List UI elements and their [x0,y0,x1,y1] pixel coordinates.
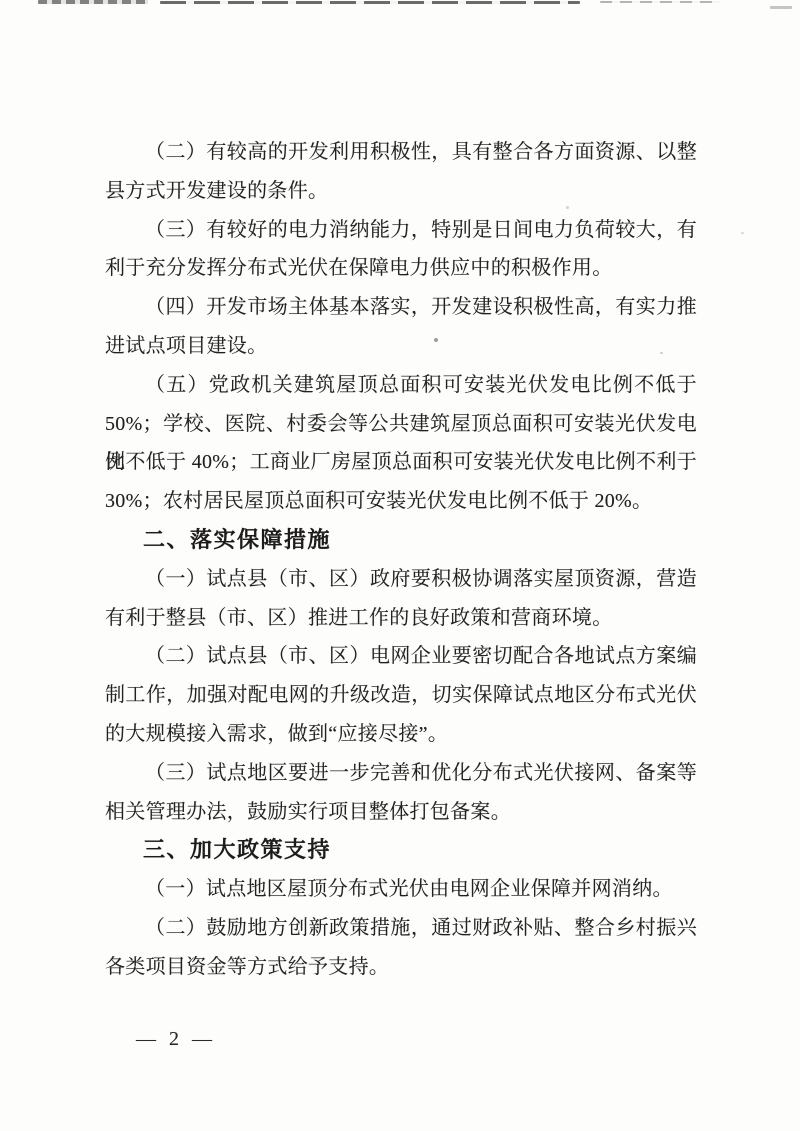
text-line: （二）鼓励地方创新政策措施，通过财政补贴、整合乡村振兴 [105,909,697,948]
text-line: （一）试点县（市、区）政府要积极协调落实屋顶资源，营造 [105,560,697,599]
text-line: （三）试点地区要进一步完善和优化分布式光伏接网、备案等 [105,754,697,793]
scan-artifact-top [38,0,148,4]
text-line: 各类项目资金等方式给予支持。 [105,948,697,987]
text-line: 30%；农村居民屋顶总面积可安装光伏发电比例不低于 20%。 [105,482,697,521]
section-heading: 三、加大政策支持 [105,831,697,870]
text-line: 50%；学校、医院、村委会等公共建筑屋顶总面积可安装光伏发电比 [105,405,697,444]
text-line: （二）有较高的开发利用积极性，具有整合各方面资源、以整 [105,133,697,172]
text-line: 制工作，加强对配电网的升级改造，切实保障试点地区分布式光伏 [105,676,697,715]
text-line: 利于充分发挥分布式光伏在保障电力供应中的积极作用。 [105,249,697,288]
text-line: （二）试点县（市、区）电网企业要密切配合各地试点方案编 [105,637,697,676]
scan-speck [741,232,744,234]
scan-artifact-top [600,1,720,3]
text-line: 的大规模接入需求，做到“应接尽接”。 [105,715,697,754]
text-line: 相关管理办法，鼓励实行项目整体打包备案。 [105,793,697,832]
text-line: （五）党政机关建筑屋顶总面积可安装光伏发电比例不低于 [105,366,697,405]
section-heading: 二、落实保障措施 [105,521,697,560]
scan-artifact-top [160,1,580,4]
text-line: （一）试点地区屋顶分布式光伏由电网企业保障并网消纳。 [105,870,697,909]
text-line: （四）开发市场主体基本落实，开发建设积极性高，有实力推 [105,288,697,327]
text-line: 进试点项目建设。 [105,327,697,366]
text-line: （三）有较好的电力消纳能力，特别是日间电力负荷较大，有 [105,211,697,250]
document-body: （二）有较高的开发利用积极性，具有整合各方面资源、以整 县方式开发建设的条件。 … [105,133,697,987]
page-number: — 2 — [136,1028,216,1051]
text-line: 例不低于 40%；工商业厂房屋顶总面积可安装光伏发电比例不利于 [105,443,697,482]
text-line: 有利于整县（市、区）推进工作的良好政策和营商环境。 [105,599,697,638]
scan-artifact-corner [770,6,792,9]
text-line: 县方式开发建设的条件。 [105,172,697,211]
